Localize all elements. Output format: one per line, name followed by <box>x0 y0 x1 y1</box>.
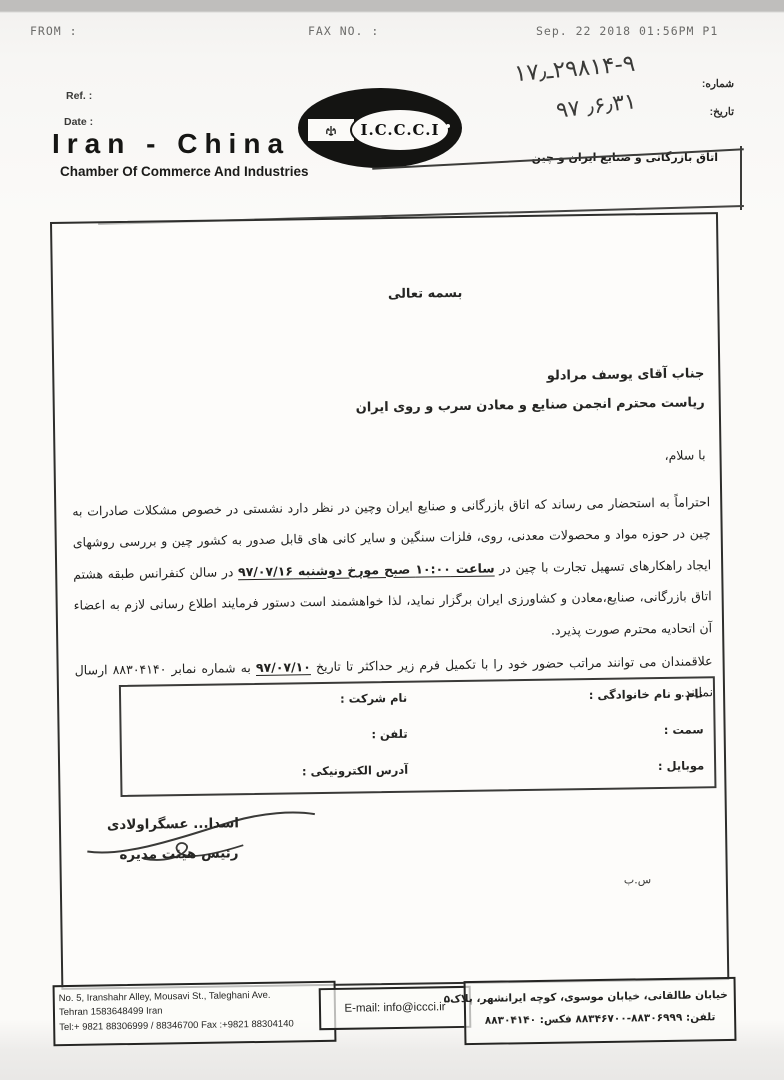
addressee-title: ریاست محترم انجمن صنایع و معادن سرب و رو… <box>356 395 705 415</box>
mobile-field-label: موبایل : <box>418 750 715 790</box>
logo-star-icon <box>446 124 450 128</box>
registration-form: نام و نام خانوادگی : نام شرکت : سمت : تل… <box>119 676 717 797</box>
ref-number-label-fa: شماره: <box>688 78 734 90</box>
position-field-label: سمت : <box>417 714 714 754</box>
signatory-title: رئیس هیئت مدیره <box>119 845 238 863</box>
scanned-fax-page: FROM : FAX NO. : Sep. 22 2018 01:56PM P1… <box>0 0 784 1080</box>
meeting-datetime-highlight: ساعت ۱۰:۰۰ صبح مورخ دوشنبه ۹۷/۰۷/۱۶ <box>238 560 495 579</box>
fax-timestamp: Sep. 22 2018 01:56PM P1 <box>536 24 718 38</box>
logo-acronym: I.C.C.C.I <box>350 108 450 152</box>
signatory-name: اسدا... عسگراولادی <box>107 815 239 833</box>
letter-body-frame: بسمه تعالی جناب آقای یوسف مرادلو ریاست م… <box>50 212 729 990</box>
letter-paragraph-1: احتراماً به استحضار می رساند که اتاق باز… <box>72 486 712 653</box>
fax-number-label: FAX NO. : <box>308 24 379 38</box>
bismillah: بسمه تعالی <box>53 282 717 307</box>
letterhead-rule-right <box>740 146 742 210</box>
handwritten-ref-number: ۱۷٫ـ۲۹۸۱۴-۹ <box>513 51 636 87</box>
chamber-subtitle-english: Chamber Of Commerce And Industries <box>60 164 309 179</box>
phone-field-label: تلفن : <box>121 719 418 759</box>
ref-label: Ref. : <box>66 90 92 102</box>
date-label-fa: تاریخ: <box>692 106 734 118</box>
email-field-label: آدرس الکترونیکی : <box>122 755 419 795</box>
deadline-date-highlight: ۹۷/۰۷/۱۰ <box>256 659 311 675</box>
footer-email-text: E-mail: info@iccci.ir <box>344 1001 445 1015</box>
footer-fa-line2: تلفن: ۸۸۳۰۶۹۹۹‏-‏۸۸۳۴۶۷۰۰ فکس: ۸۸۳۰۴۱۴۰ <box>472 1007 728 1033</box>
full-name-field-label: نام و نام خانوادگی : <box>417 678 714 718</box>
handwritten-date: ۹۷ ٫۶٫۳۱ <box>555 89 638 124</box>
footer-address-persian: خیابان طالقانی، خیابان موسوی، کوچه ایران… <box>464 977 737 1045</box>
salutation: با سلام، <box>664 447 705 463</box>
chamber-title-english: Iran - China <box>52 128 290 160</box>
logo-star-icon <box>441 133 445 137</box>
paragraph-2-text: علاقمندان می توانند مراتب حضور خود را با… <box>311 653 713 674</box>
footer-address-english: No. 5, Iranshahr Alley, Mousavi St., Tal… <box>53 981 337 1046</box>
iran-flag-emblem-icon <box>308 119 354 141</box>
addressee-name: جناب آقای یوسف مرادلو <box>547 366 705 383</box>
secretary-initials: س.ب <box>624 873 651 886</box>
company-field-label: نام شرکت : <box>121 683 418 723</box>
date-label: Date : <box>64 116 93 128</box>
iccci-logo: I.C.C.C.I <box>298 88 462 168</box>
fax-from-label: FROM : <box>30 24 78 38</box>
